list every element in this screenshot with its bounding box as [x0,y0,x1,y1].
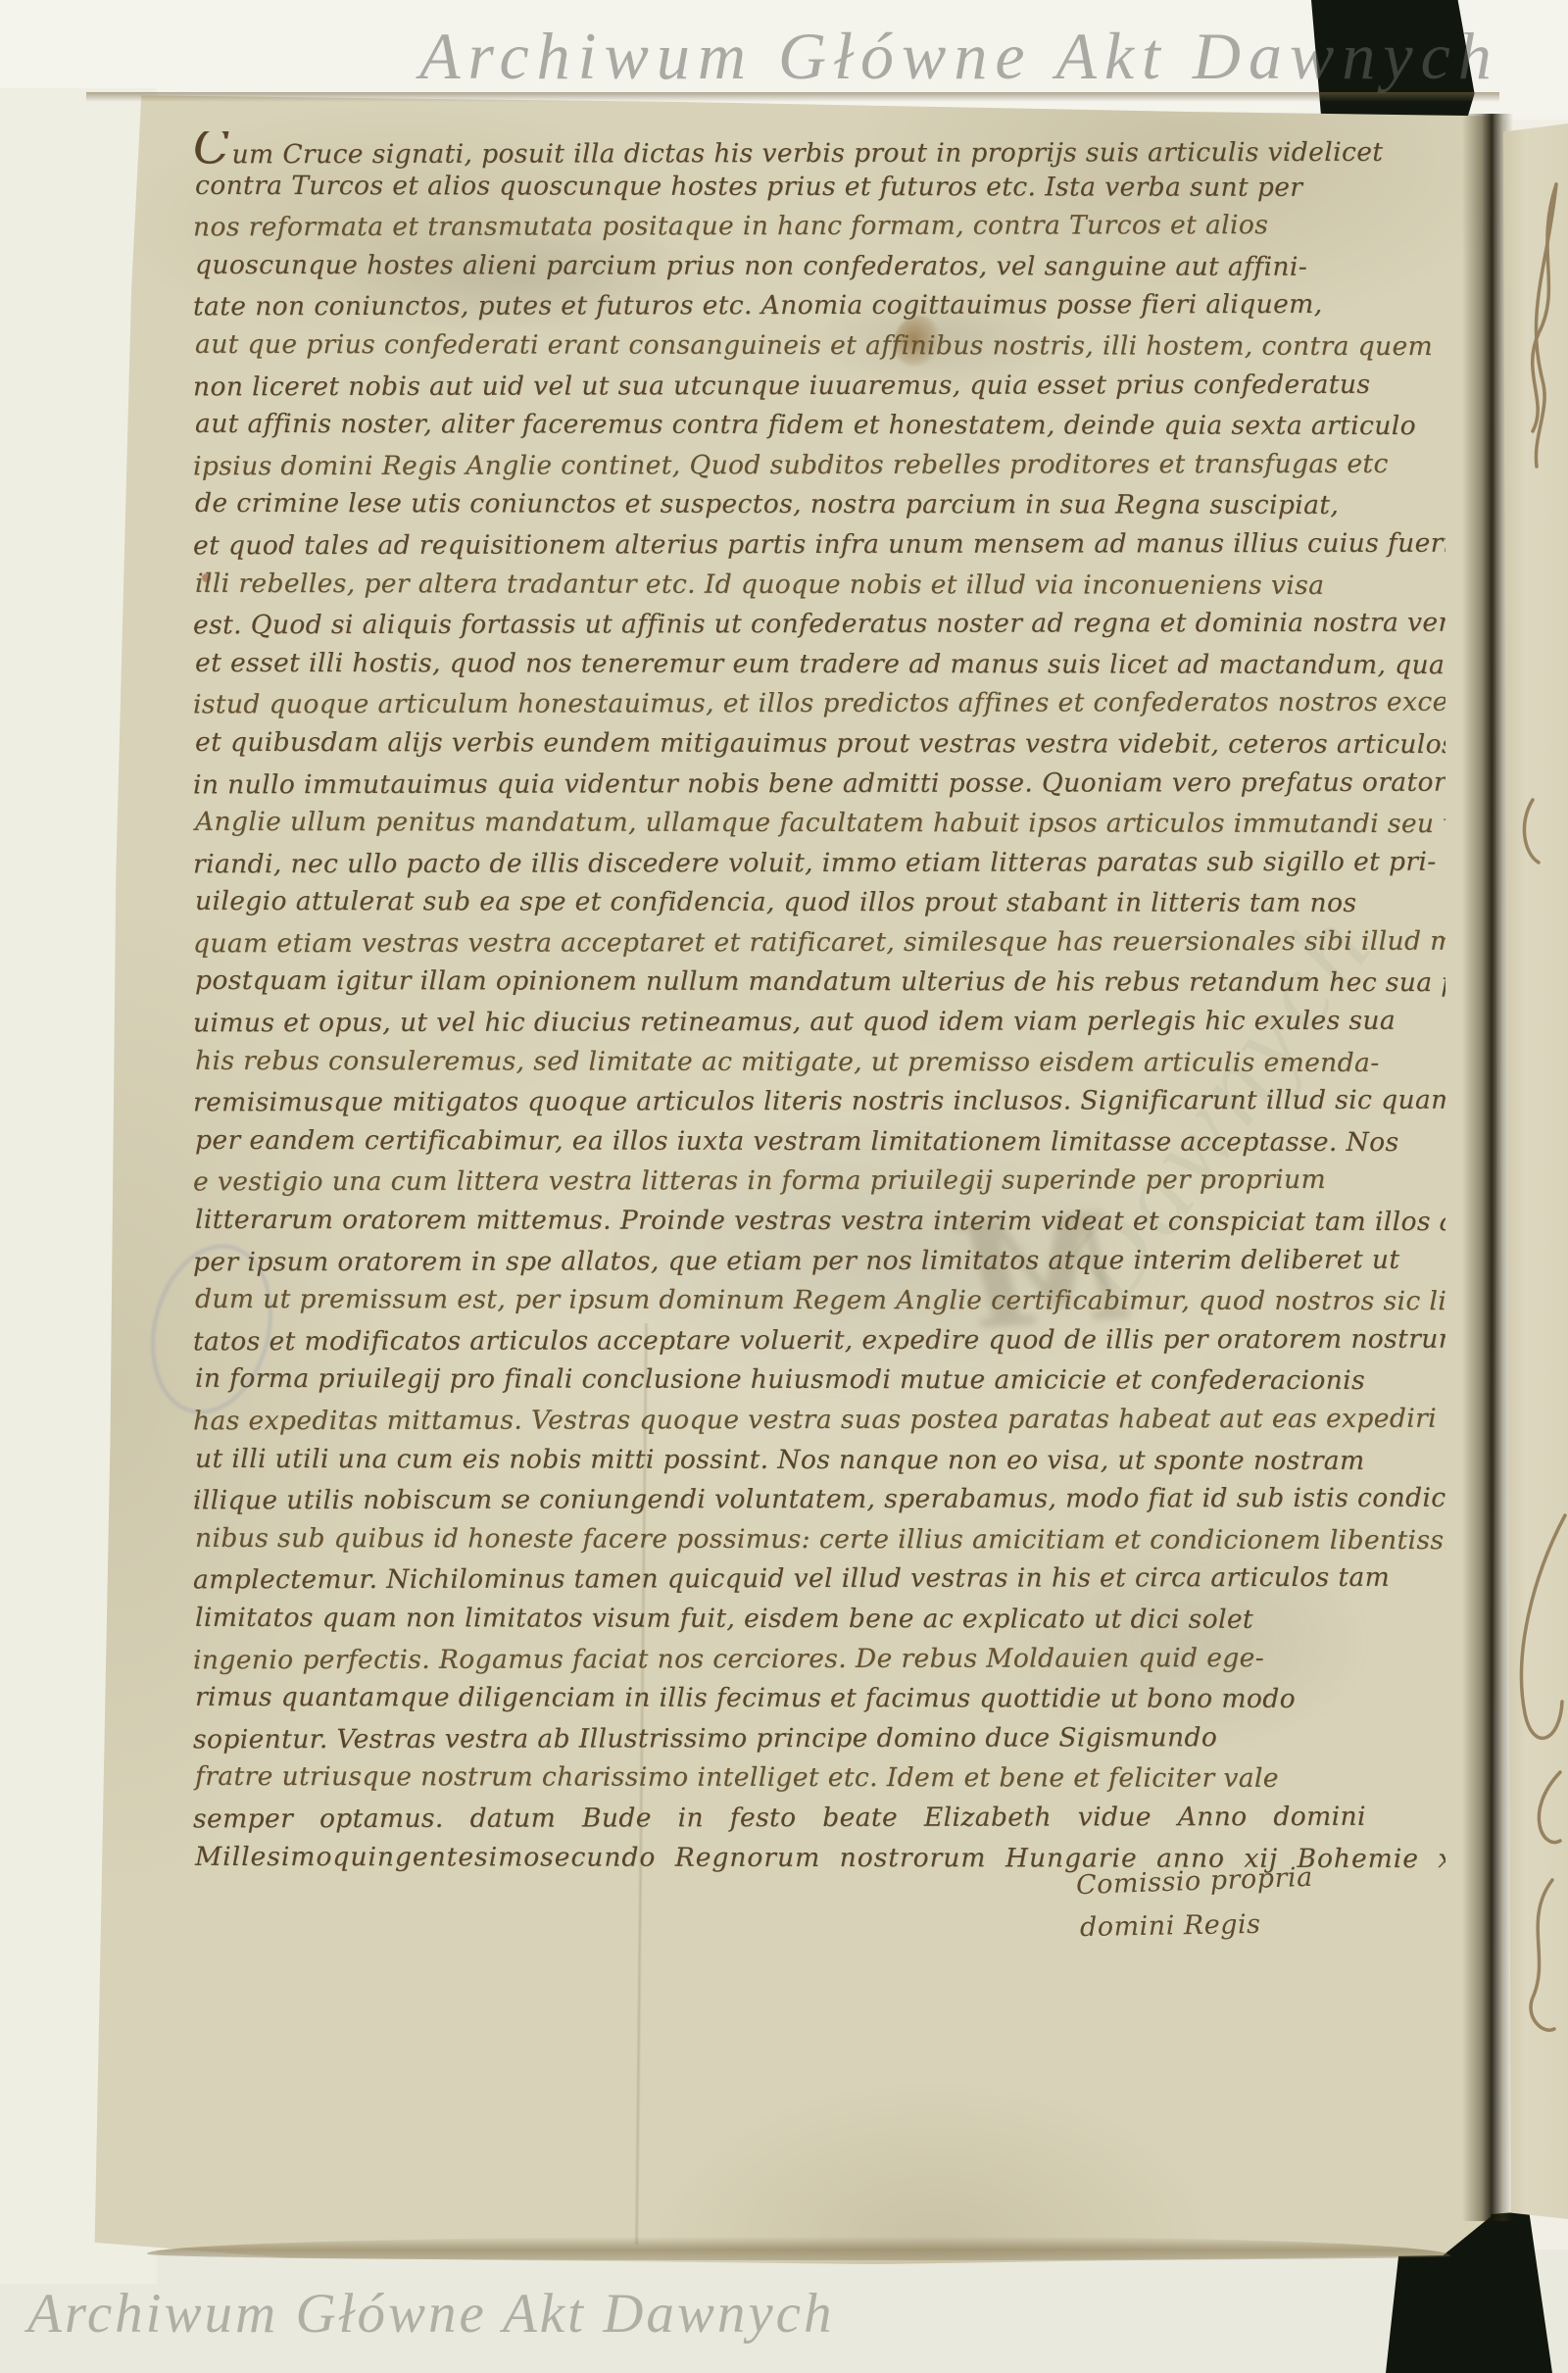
manuscript-line: in forma priuilegij pro finali conclusio… [195,1363,1445,1406]
manuscript-line: est. Quod si aliquis fortassis ut affini… [193,608,1445,650]
manuscript-line: Cum Cruce signati, posuit illa dictas hi… [193,131,1445,173]
manuscript-line: aut affinis noster, aliter faceremus con… [195,409,1445,451]
manuscript-line: aut que prius confederati erant consangu… [195,329,1445,371]
ink-flourish [1503,124,1568,2219]
manuscript-line: et esset illi hostis, quod nos teneremur… [195,648,1445,690]
manuscript-line: nibus sub quibus id honeste facere possi… [195,1523,1445,1565]
manuscript-line: riandi, nec ullo pacto de illis disceder… [193,846,1445,888]
manuscript-line: e vestigio una cum littera vestra litter… [193,1164,1445,1207]
manuscript-line: semper optamus. datum Bude in festo beat… [193,1802,1445,1844]
archival-scan: { "archive": { "watermark_top": "Archiwu… [0,0,1568,2373]
manuscript-line: quam etiam vestras vestra acceptaret et … [193,926,1445,968]
manuscript-text-block: Cum Cruce signati, posuit illa dictas hi… [193,131,1445,1886]
manuscript-line: nos reformata et transmutata positaque i… [193,210,1445,252]
manuscript-line: illique utilis nobiscum se coniungendi v… [193,1483,1445,1525]
manuscript-line: amplectemur. Nichilominus tamen quicquid… [193,1562,1445,1605]
manuscript-line: illi rebelles, per altera tradantur etc.… [195,568,1445,610]
manuscript-line: sopientur. Vestras vestra ab Illustrissi… [193,1721,1445,1763]
manuscript-line: dum ut premissum est, per ipsum dominum … [195,1284,1445,1326]
manuscript-line: ut illi utili una cum eis nobis mitti po… [195,1443,1445,1485]
manuscript-line: contra Turcos et alios quoscunque hostes… [195,170,1445,212]
closing-line-2: domini Regis [1080,1908,1313,1943]
manuscript-line: istud quoque articulum honestauimus, et … [193,687,1445,729]
manuscript-line: per eandem certificabimur, ea illos iuxt… [195,1125,1445,1167]
closing-line-1: Comissio propria [1076,1862,1314,1901]
page-top-edge [86,92,1499,102]
manuscript-line: et quod tales ad requisitionem alterius … [193,528,1445,570]
manuscript-line: ipsius domini Regis Anglie continet, Quo… [193,448,1445,490]
manuscript-line: uilegio attulerat sub ea spe et confiden… [195,886,1445,928]
closing-signature: Comissio propria domini Regis [1076,1866,1313,1941]
manuscript-line: non liceret nobis aut uid vel ut sua utc… [193,369,1445,411]
manuscript-line: per ipsum oratorem in spe allatos, que e… [193,1244,1445,1286]
manuscript-line: de crimine lese utis coniunctos et suspe… [195,488,1445,530]
manuscript-line: Anglie ullum penitus mandatum, ullamque … [195,807,1445,849]
manuscript-line: litterarum oratorem mittemus. Proinde ve… [195,1205,1445,1247]
manuscript-line: uimus et opus, ut vel hic diucius retine… [193,1006,1445,1048]
manuscript-line: his rebus consuleremus, sed limitate ac … [195,1046,1445,1088]
page-bottom-edge [147,2237,1450,2260]
manuscript-line: rimus quantamque diligenciam in illis fe… [195,1682,1445,1724]
manuscript-line: postquam igitur illam opinionem nullum m… [195,965,1445,1008]
manuscript-line: tate non coniunctos, putes et futuros et… [193,289,1445,331]
manuscript-line: ingenio perfectis. Rogamus faciat nos ce… [193,1642,1445,1684]
manuscript-line: fratre utriusque nostrum charissimo inte… [195,1761,1445,1804]
manuscript-line: quoscunque hostes alieni parcium prius n… [195,250,1445,292]
scanner-background-bottom [0,2249,1568,2373]
manuscript-line: et quibusdam alijs verbis eundem mitigau… [195,727,1445,769]
manuscript-line: in nullo immutauimus quia videntur nobis… [193,766,1445,809]
manuscript-line: tatos et modificatos articulos acceptare… [193,1323,1445,1365]
manuscript-line: has expeditas mittamus. Vestras quoque v… [193,1404,1445,1446]
manuscript-line: limitatos quam non limitatos visum fuit,… [195,1603,1445,1645]
manuscript-line: remisimusque mitigatos quoque articulos … [193,1085,1445,1127]
